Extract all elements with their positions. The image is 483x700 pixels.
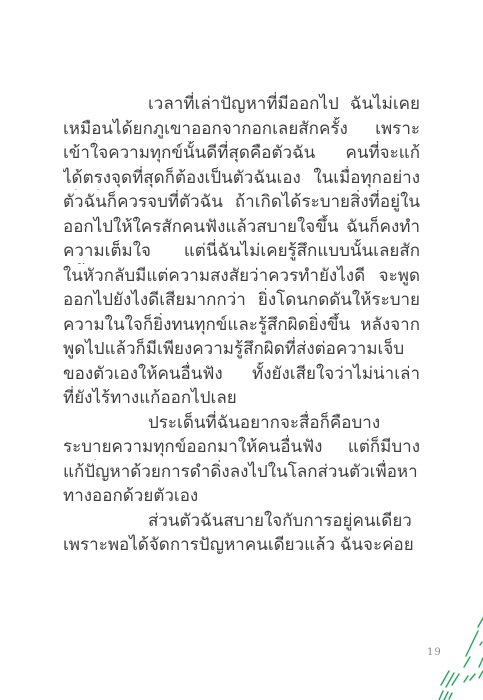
text-line: ที่ยังไร้ทางแก้ออกไปเลย bbox=[63, 386, 420, 411]
text-line: ระบายความทุกข์ออกมาให้คนอื่นฟัง แต่ก็มีบ… bbox=[63, 435, 420, 460]
text-line: ตัวฉันก็ควรจบที่ตัวฉัน ถ้าเกิดได้ระบายสิ… bbox=[63, 190, 420, 215]
text-line: ได้ตรงจุดที่สุดก็ต้องเป็นตัวฉันเอง ในเมื… bbox=[63, 166, 420, 191]
text-line: เพราะพอได้จัดการปัญหาคนเดียวแล้ว ฉันจะค่… bbox=[63, 533, 420, 558]
paragraph-3: ส่วนตัวฉันสบายใจกับการอยู่คนเดียวมากกว่า… bbox=[63, 509, 420, 558]
text-line: ความในใจก็ยิ่งทนทุกข์และรู้สึกผิดยิ่งขึ้… bbox=[63, 313, 420, 338]
text-line: ความเต็มใจ แต่นี่ฉันไม่เคยรู้สึกแบบนั้นเ… bbox=[63, 239, 420, 264]
text-line: เข้าใจความทุกข์นั้นดีที่สุดคือตัวฉัน คนท… bbox=[63, 141, 420, 166]
text-line: ออกไปให้ใครสักคนฟังแล้วสบายใจขึ้น ฉันก็ค… bbox=[63, 215, 420, 240]
body-text: เวลาที่เล่าปัญหาที่มีออกไป ฉันไม่เคยรู้ส… bbox=[63, 92, 420, 558]
paragraph-2: ประเด็นที่ฉันอยากจะสื่อก็คือบางคนใช้วิธี… bbox=[63, 411, 420, 509]
text-line: ส่วนตัวฉันสบายใจกับการอยู่คนเดียวมากกว่า bbox=[63, 509, 420, 534]
text-line: เหมือนได้ยกภูเขาออกจากอกเลยสักครั้ง เพรา… bbox=[63, 117, 420, 142]
text-line: ทางออกด้วยตัวเอง bbox=[63, 484, 420, 509]
text-line: แก้ปัญหาด้วยการดำดิ่งลงไปในโลกส่วนตัวเพื… bbox=[63, 460, 420, 485]
text-line: ประเด็นที่ฉันอยากจะสื่อก็คือบางคนใช้วิธี bbox=[63, 411, 420, 436]
text-line: เวลาที่เล่าปัญหาที่มีออกไป ฉันไม่เคยรู้ส… bbox=[63, 92, 420, 117]
grass-strokes-icon bbox=[423, 608, 483, 700]
text-line: พูดไปแล้วก็มีเพียงความรู้สึกผิดที่ส่งต่อ… bbox=[63, 337, 420, 362]
paragraph-1: เวลาที่เล่าปัญหาที่มีออกไป ฉันไม่เคยรู้ส… bbox=[63, 92, 420, 411]
text-line: ในหัวกลับมีแต่ความสงสัยว่าควรทำยังไงดี จ… bbox=[63, 264, 420, 289]
text-line: ของตัวเองให้คนอื่นฟัง ทั้งยังเสียใจว่าไม… bbox=[63, 362, 420, 387]
text-line: ออกไปยังไงดีเสียมากกว่า ยิ่งโดนกดดันให้ร… bbox=[63, 288, 420, 313]
book-page: เวลาที่เล่าปัญหาที่มีออกไป ฉันไม่เคยรู้ส… bbox=[0, 0, 483, 700]
